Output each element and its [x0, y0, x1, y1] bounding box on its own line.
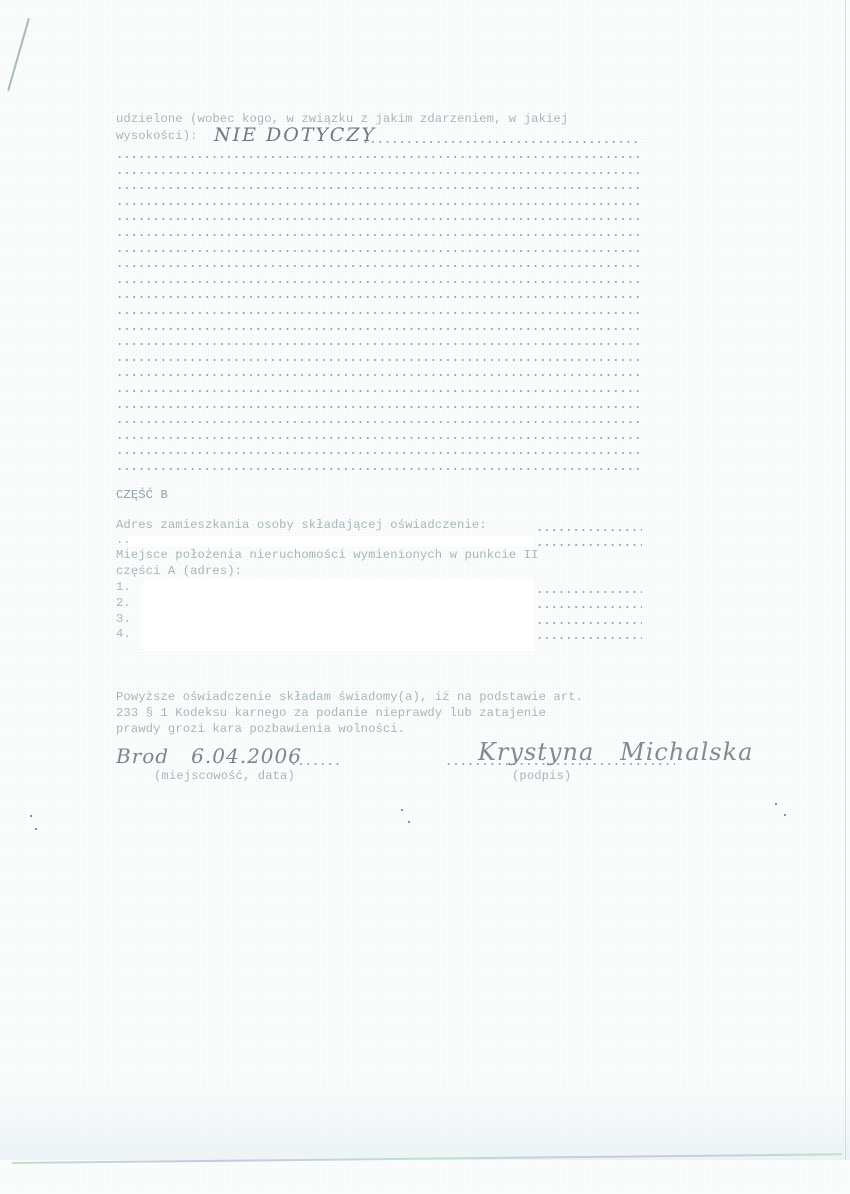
dotted-line: [116, 187, 642, 189]
dotted-line: [116, 452, 642, 454]
dotted-line: [536, 606, 642, 608]
page-edge-right: [845, 0, 846, 1160]
property-location-label-line2: części A (adres):: [116, 564, 242, 578]
scan-speck: [408, 821, 410, 823]
scan-speck: [401, 809, 403, 811]
scan-speck: [30, 815, 32, 817]
dotted-line: [116, 421, 642, 423]
property-item-1: 1.: [116, 580, 131, 594]
dotted-line: [536, 544, 642, 546]
declaration-line2: 233 § 1 Kodeksu karnego za podanie niepr…: [116, 706, 546, 720]
property-location-label-line1: Miejsce położenia nieruchomości wymienio…: [116, 548, 539, 562]
redacted-property-addresses: [143, 579, 534, 651]
declaration-line3: prawdy grozi kara pozbawienia wolności.: [116, 722, 405, 736]
part-b-heading: CZĘŚĆ B: [116, 488, 168, 502]
dotted-line: [116, 374, 642, 376]
dotted-line: [116, 312, 642, 314]
dotted-line: [116, 406, 642, 408]
property-item-4: 4.: [116, 627, 131, 641]
property-item-2: 2.: [116, 596, 131, 610]
dotted-line: [536, 529, 642, 531]
dotted-line: [116, 296, 642, 298]
handwritten-signature: Krystyna Michalska: [478, 738, 753, 766]
dotted-line: [116, 218, 642, 220]
scan-speck: [35, 828, 37, 830]
scan-speck: [775, 803, 777, 805]
dotted-line: [116, 281, 642, 283]
dotted-line: [116, 234, 642, 236]
dotted-line: [536, 637, 642, 639]
dotted-line: [536, 591, 642, 593]
property-item-3: 3.: [116, 612, 131, 626]
signature-label: (podpis): [512, 769, 571, 783]
dotted-line: [536, 622, 642, 624]
address-label: Adres zamieszkania osoby składającej ośw…: [116, 518, 487, 532]
handwritten-not-applicable: NIE DOTYCZY: [214, 124, 376, 146]
dotted-line: [116, 468, 642, 470]
part-a-continuation-line2-label: wysokości):: [116, 129, 198, 143]
dotted-line: [290, 763, 340, 765]
scan-shadow: [0, 1080, 850, 1160]
dotted-line: [116, 265, 642, 267]
dotted-line: [116, 250, 642, 252]
dotted-line: [116, 343, 642, 345]
dotted-line: [362, 141, 642, 143]
dotted-line: [116, 172, 642, 174]
redacted-address: [128, 536, 534, 547]
dotted-line: [116, 328, 642, 330]
place-date-label: (miejscowość, data): [154, 769, 295, 783]
dotted-line: [116, 203, 642, 205]
dotted-line: [116, 359, 642, 361]
dotted-line: [116, 437, 642, 439]
dotted-line: [116, 156, 642, 158]
declaration-line1: Powyższe oświadczenie składam świadomy(a…: [116, 690, 583, 704]
scan-speck: [784, 814, 786, 816]
handwritten-place-date: Brod 6.04.2006: [116, 744, 302, 768]
margin-pen-stroke: [7, 18, 30, 92]
dotted-line: [116, 390, 642, 392]
